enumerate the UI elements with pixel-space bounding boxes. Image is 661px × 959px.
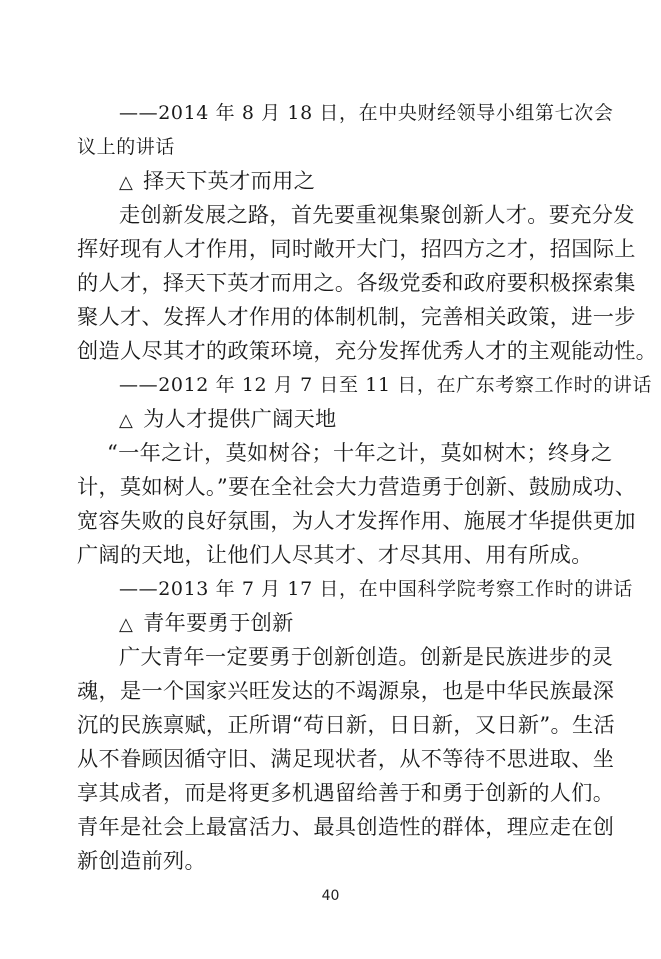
paragraph-line: 享其成者，而是将更多机遇留给善于和勇于创新的人们。 (77, 776, 592, 810)
paragraph-line: 新创造前列。 (77, 844, 592, 878)
paragraph-line: 的人才，择天下英才而用之。各级党委和政府要积极探索集 (77, 266, 592, 300)
section-heading-text: 为人才提供广阔天地 (143, 406, 336, 431)
section-heading-text: 择天下英才而用之 (143, 168, 315, 193)
page-number: 40 (0, 888, 661, 904)
section-heading: △青年要勇于创新 (77, 606, 592, 640)
source-attribution-line: ——2013 年 7 月 17 日，在中国科学院考察工作时的讲话 (77, 572, 592, 606)
paragraph-line: 计，莫如树人。”要在全社会大力营造勇于创新、鼓励成功、 (77, 470, 592, 504)
triangle-marker-icon: △ (119, 608, 133, 642)
paragraph-line: 广大青年一定要勇于创新创造。创新是民族进步的灵 (77, 640, 592, 674)
paragraph-line: 聚人才、发挥人才作用的体制机制，完善相关政策，进一步 (77, 300, 592, 334)
paragraph-line: 宽容失败的良好氛围，为人才发挥作用、施展才华提供更加 (77, 504, 592, 538)
section-heading-text: 青年要勇于创新 (143, 610, 293, 635)
triangle-marker-icon: △ (119, 166, 133, 200)
paragraph-line: 沉的民族禀赋，正所谓“苟日新，日日新，又日新”。生活 (77, 708, 592, 742)
paragraph-line: 广阔的天地，让他们人尽其才、才尽其用、用有所成。 (77, 538, 592, 572)
source-attribution-line: ——2014 年 8 月 18 日，在中央财经领导小组第七次会 (77, 96, 592, 130)
document-page: ——2014 年 8 月 18 日，在中央财经领导小组第七次会 议上的讲话 △择… (77, 96, 592, 878)
source-attribution-line: ——2012 年 12 月 7 日至 11 日，在广东考察工作时的讲话 (77, 368, 592, 402)
paragraph-line: 青年是社会上最富活力、最具创造性的群体，理应走在创 (77, 810, 592, 844)
paragraph-line: 走创新发展之路，首先要重视集聚创新人才。要充分发 (77, 198, 592, 232)
paragraph-line: 创造人尽其才的政策环境，充分发挥优秀人才的主观能动性。 (77, 334, 592, 368)
paragraph-line: 魂，是一个国家兴旺发达的不竭源泉，也是中华民族最深 (77, 674, 592, 708)
section-heading: △择天下英才而用之 (77, 164, 592, 198)
triangle-marker-icon: △ (119, 404, 133, 438)
paragraph-line: 挥好现有人才作用，同时敞开大门，招四方之才，招国际上 (77, 232, 592, 266)
paragraph-line: 从不眷顾因循守旧、满足现状者，从不等待不思进取、坐 (77, 742, 592, 776)
paragraph-line: “一年之计，莫如树谷；十年之计，莫如树木；终身之 (77, 436, 592, 470)
section-heading: △为人才提供广阔天地 (77, 402, 592, 436)
source-attribution-line: 议上的讲话 (77, 130, 592, 164)
